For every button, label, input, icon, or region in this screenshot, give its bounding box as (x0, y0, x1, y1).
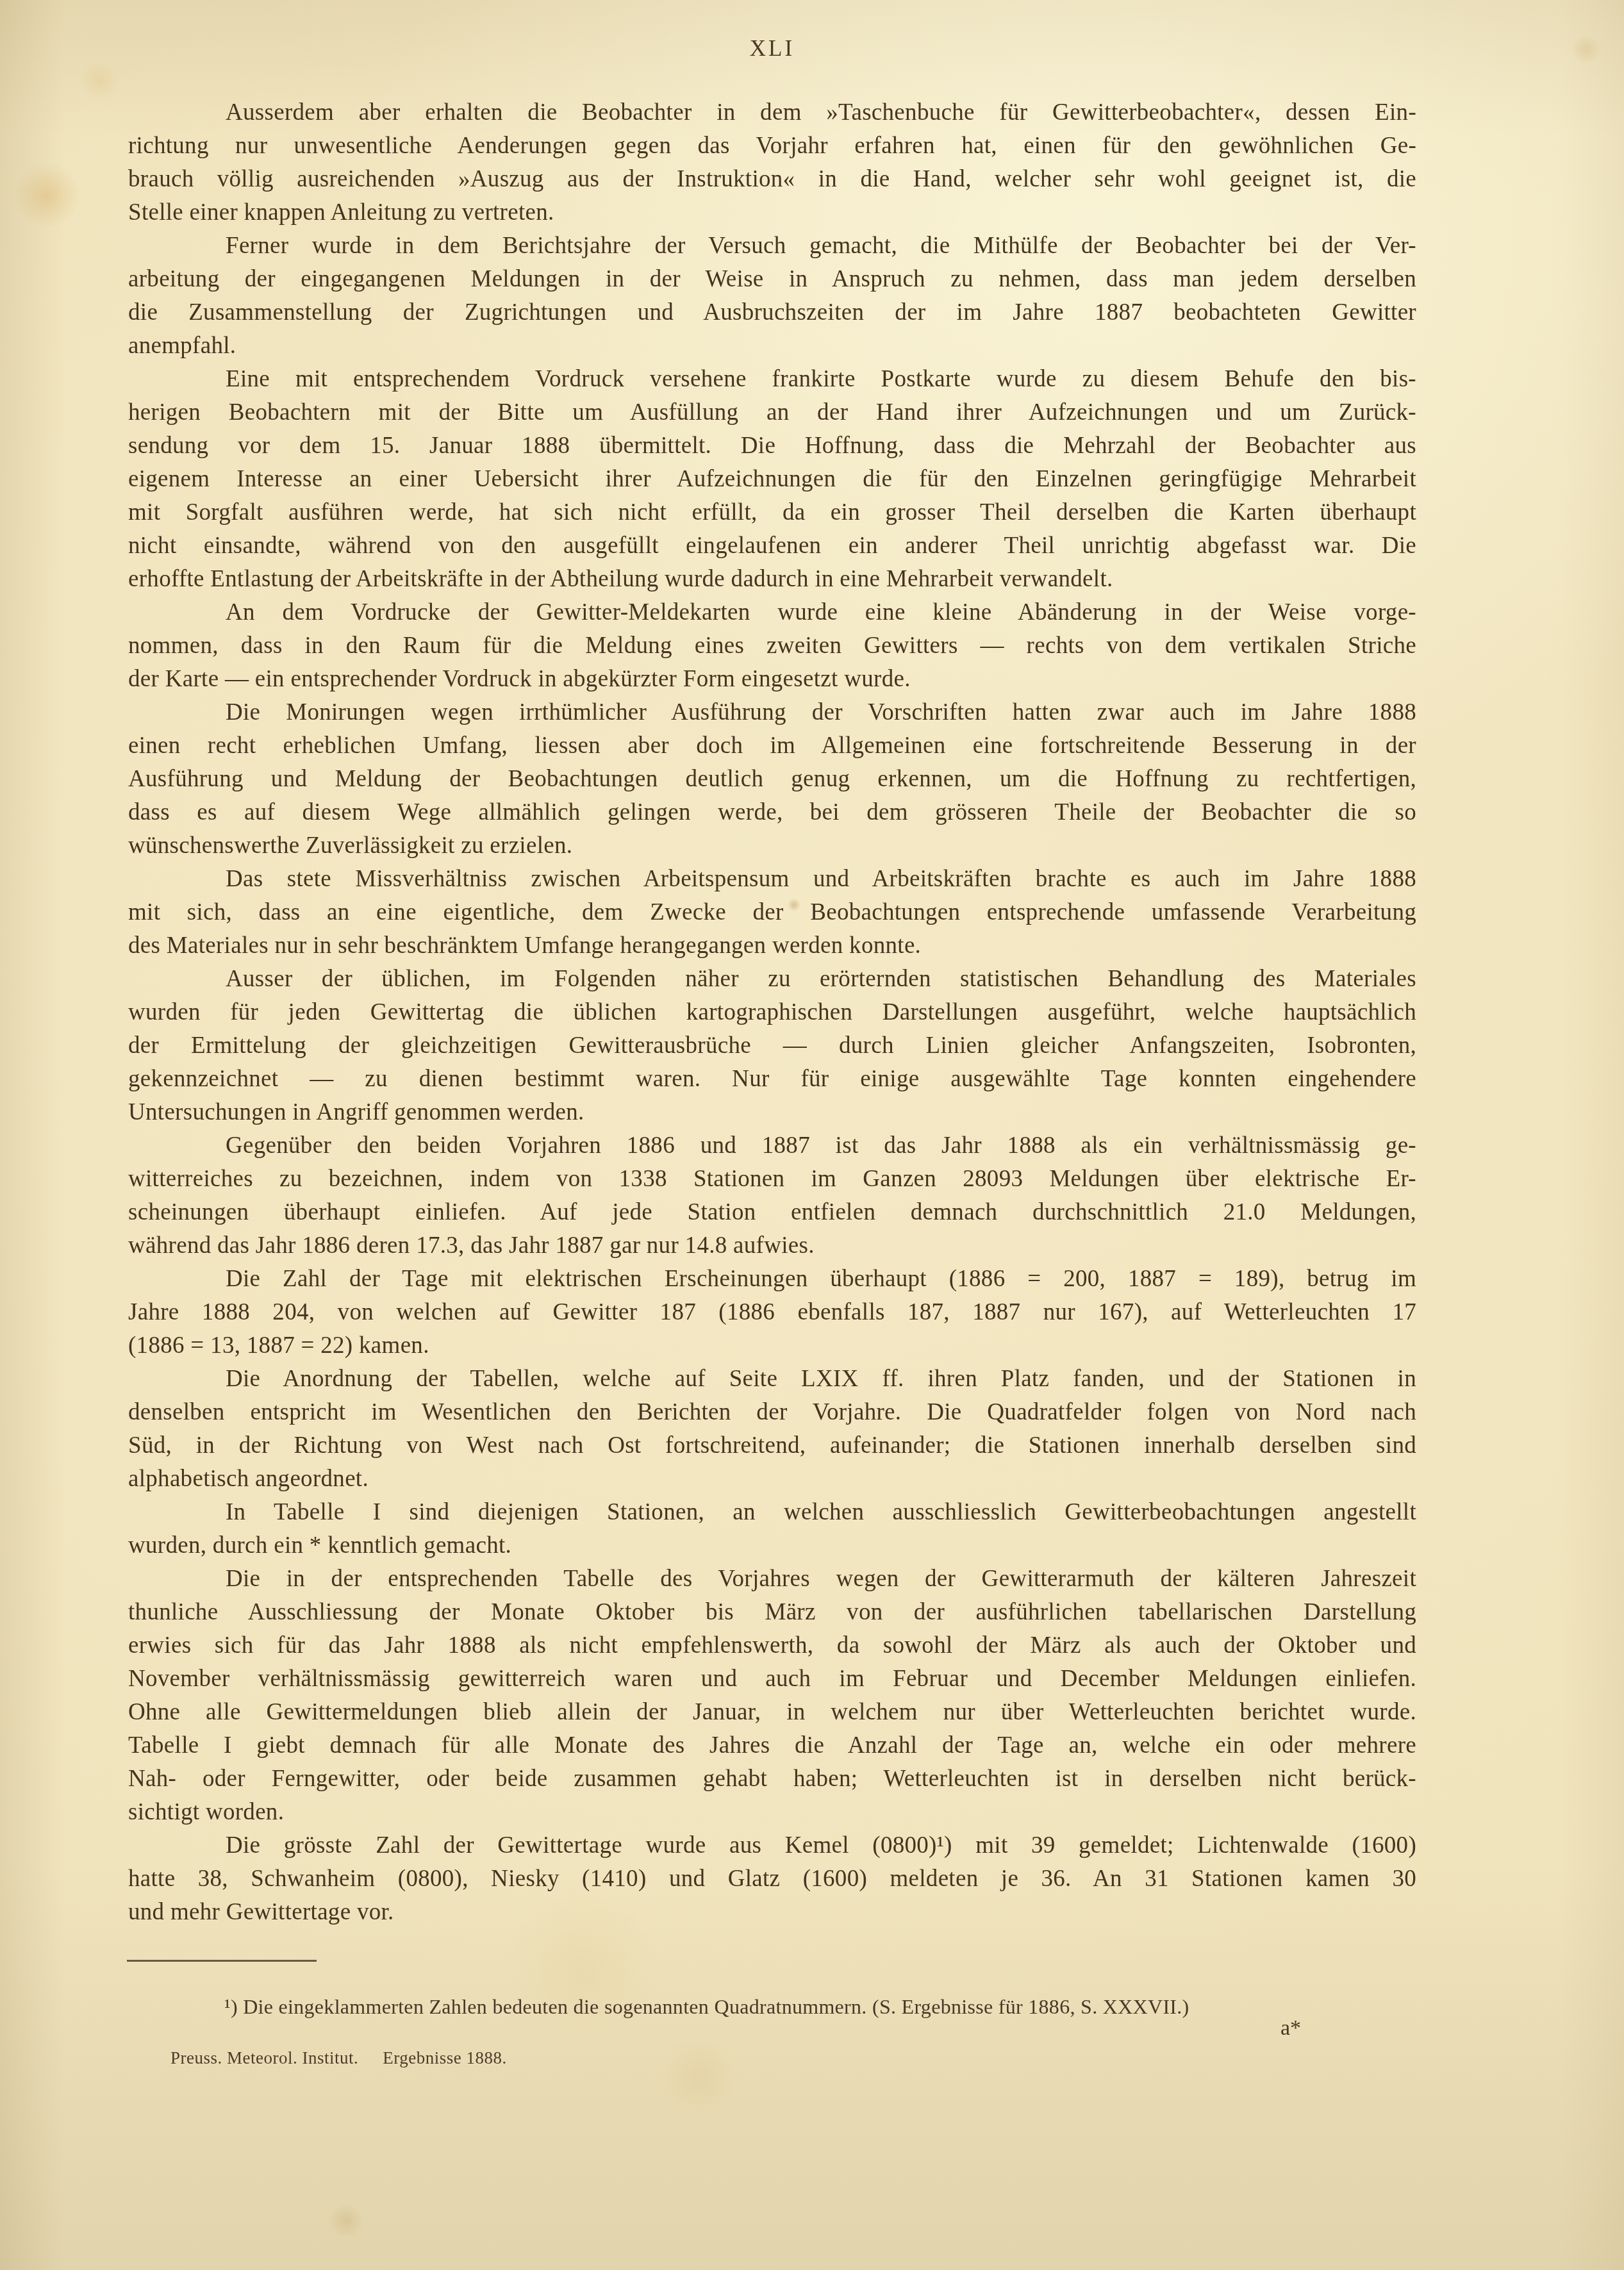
text-line: wurden für jeden Gewittertag die übliche… (128, 996, 1416, 1029)
text-line: erwies sich für das Jahr 1888 als nicht … (128, 1629, 1416, 1662)
text-line: An dem Vordrucke der Gewitter-Meldekarte… (128, 596, 1416, 629)
text-line: Gegenüber den beiden Vorjahren 1886 und … (128, 1129, 1416, 1163)
text-line: arbeitung der eingegangenen Meldungen in… (128, 263, 1416, 296)
text-line: wünschenswerthe Zuverlässigkeit zu erzie… (128, 829, 1416, 863)
text-line: wurden, durch ein * kenntlich gemacht. (128, 1529, 1416, 1562)
text-line: sichtigt worden. (128, 1796, 1416, 1829)
text-line: Eine mit entsprechendem Vordruck versehe… (128, 363, 1416, 396)
paper-stain (1570, 35, 1602, 63)
text-line: Die grösste Zahl der Gewittertage wurde … (128, 1829, 1416, 1862)
text-line: des Materiales nur in sehr beschränktem … (128, 929, 1416, 963)
text-line: In Tabelle I sind diejenigen Stationen, … (128, 1496, 1416, 1529)
text-line: richtung nur unwesentliche Aenderungen g… (128, 129, 1416, 163)
text-line: Die Zahl der Tage mit elektrischen Ersch… (128, 1263, 1416, 1296)
text-line: Ausführung und Meldung der Beobachtungen… (128, 763, 1416, 796)
text-line: thunliche Ausschliessung der Monate Okto… (128, 1596, 1416, 1629)
text-line: Die in der entsprechenden Tabelle des Vo… (128, 1562, 1416, 1596)
text-line: die Zusammenstellung der Zugrichtungen u… (128, 296, 1416, 329)
text-line: hatte 38, Schwanheim (0800), Niesky (141… (128, 1862, 1416, 1896)
text-line: Ausser der üblichen, im Folgenden näher … (128, 963, 1416, 996)
paper-stain (12, 163, 82, 228)
text-line: Ausserdem aber erhalten die Beobachter i… (128, 96, 1416, 129)
text-line: Tabelle I giebt demnach für alle Monate … (128, 1729, 1416, 1762)
signature-mark: a* (1280, 2016, 1301, 2041)
text-line: herigen Beobachtern mit der Bitte um Aus… (128, 396, 1416, 429)
text-line: mit Sorgfalt ausführen werde, hat sich n… (128, 496, 1416, 529)
text-line: einen recht erheblichen Umfang, liessen … (128, 729, 1416, 763)
text-line: sendung vor dem 15. Januar 1888 übermitt… (128, 429, 1416, 463)
imprint-institute: Preuss. Meteorol. Institut. (170, 2048, 358, 2067)
footnote-divider (127, 1960, 317, 1962)
text-line: Stelle einer knappen Anleitung zu vertre… (128, 196, 1416, 229)
text-line: und mehr Gewittertage vor. (128, 1896, 1416, 1929)
text-line: Das stete Missverhältniss zwischen Arbei… (128, 863, 1416, 896)
text-line: erhoffte Entlastung der Arbeitskräfte in… (128, 563, 1416, 596)
text-line: der Karte — ein entsprechender Vordruck … (128, 663, 1416, 696)
text-line: Jahre 1888 204, von welchen auf Gewitter… (128, 1296, 1416, 1329)
imprint: Preuss. Meteorol. Institut.Ergebnisse 18… (170, 2048, 507, 2068)
text-line: witterreiches zu bezeichnen, indem von 1… (128, 1163, 1416, 1196)
body-text: Ausserdem aber erhalten die Beobachter i… (128, 96, 1416, 1929)
text-line: Süd, in der Richtung von West nach Ost f… (128, 1429, 1416, 1462)
page-number: XLI (128, 36, 1416, 62)
text-line: Nah- oder Ferngewitter, oder beide zusam… (128, 1762, 1416, 1796)
text-line: anempfahl. (128, 329, 1416, 363)
imprint-series: Ergebnisse 1888. (383, 2048, 506, 2067)
paper-stain (327, 2205, 365, 2237)
text-line: nicht einsandte, während von den ausgefü… (128, 529, 1416, 563)
footnote: ¹) Die eingeklammerten Zahlen bedeuten d… (224, 1993, 1423, 2020)
text-line: gekennzeichnet — zu dienen bestimmt ware… (128, 1063, 1416, 1096)
text-line: dass es auf diesem Wege allmählich gelin… (128, 796, 1416, 829)
text-line: während das Jahr 1886 deren 17.3, das Ja… (128, 1229, 1416, 1263)
text-line: Die Anordnung der Tabellen, welche auf S… (128, 1363, 1416, 1396)
text-line: alphabetisch angeordnet. (128, 1462, 1416, 1496)
scanned-page: XLI Ausserdem aber erhalten die Beobacht… (0, 0, 1624, 2270)
text-line: Ohne alle Gewittermeldungen blieb allein… (128, 1696, 1416, 1729)
text-line: brauch völlig ausreichenden »Auszug aus … (128, 163, 1416, 196)
paper-stain (77, 61, 122, 99)
text-line: nommen, dass in den Raum für die Meldung… (128, 629, 1416, 663)
text-line: mit sich, dass an eine eigentliche, dem … (128, 896, 1416, 929)
text-line: November verhältnissmässig gewitterreich… (128, 1662, 1416, 1696)
text-line: scheinungen überhaupt einliefen. Auf jed… (128, 1196, 1416, 1229)
text-line: der Ermittelung der gleichzeitigen Gewit… (128, 1029, 1416, 1063)
text-line: eigenem Interesse an einer Uebersicht ih… (128, 463, 1416, 496)
text-line: denselben entspricht im Wesentlichen den… (128, 1396, 1416, 1429)
paper-stain (654, 2038, 743, 2115)
text-line: Ferner wurde in dem Berichtsjahre der Ve… (128, 229, 1416, 263)
text-line: (1886 = 13, 1887 = 22) kamen. (128, 1329, 1416, 1363)
text-line: Die Monirungen wegen irrthümlicher Ausfü… (128, 696, 1416, 729)
text-line: Untersuchungen in Angriff genommen werde… (128, 1096, 1416, 1129)
